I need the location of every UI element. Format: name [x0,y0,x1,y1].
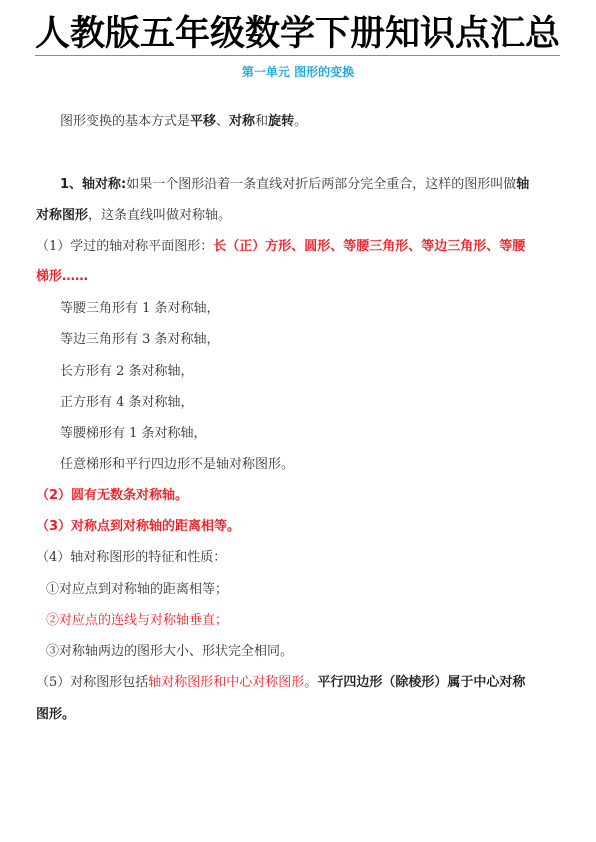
definition-line-2: 对称图形，这条直线叫做对称轴。 [36,207,566,225]
axes-count-3: 正方形有 4 条对称轴， [60,394,590,412]
definition-label: 1、轴对称 [60,177,121,192]
item5-line-1: （5）对称图形包括轴对称图形和中心对称图形。平行四边形（除棱形）属于中心对称 [36,674,566,692]
item5-line-2: 图形。 [36,706,566,724]
axes-count-4: 等腰梯形有 1 条对称轴， [60,425,590,443]
period: 。 [294,114,307,129]
definition-bold-end: 轴 [516,177,529,192]
item1-line-2: 梯形…… [36,268,566,286]
item5-prefix: （5）对称图形包括 [36,675,148,690]
unit-subtitle: 第一单元 图形的变换 [0,64,596,80]
item4-point-2: ②对应点的连线与对称轴垂直； [46,612,576,630]
item5-highlight: 轴对称图形和中心对称图形 [148,675,304,690]
axes-count-0: 等腰三角形有 1 条对称轴， [60,300,590,318]
item3: （3）对称点到对称轴的距离相等。 [36,518,566,536]
period: 。 [304,675,317,690]
item1-line-1: （1）学过的轴对称平面图形：长（正）方形、圆形、等腰三角形、等边三角形、等腰 [36,238,566,256]
definition-line-1: 1、轴对称:如果一个图形沿着一条直线对折后两部分完全重合，这样的图形叫做轴 [60,176,590,194]
axes-count-2: 长方形有 2 条对称轴， [60,363,590,381]
item4-point-1: ①对应点到对称轴的距离相等； [46,581,576,599]
item4-heading: （4）轴对称图形的特征和性质： [36,549,566,567]
term-rotation: 旋转 [268,114,294,129]
term-translation: 平移 [190,114,216,129]
item4-point-3: ③对称轴两边的图形大小、形状完全相同。 [46,643,576,661]
intro-paragraph: 图形变换的基本方式是平移、对称和旋转。 [60,113,590,131]
item1-shapes: 长（正）方形、圆形、等腰三角形、等边三角形、等腰 [213,239,525,254]
sep: 和 [255,114,268,129]
axes-count-1: 等边三角形有 3 条对称轴， [60,331,590,349]
term-axis-symmetric-figure: 对称图形 [36,208,88,223]
item2: （2）圆有无数条对称轴。 [36,487,566,505]
definition-text-2: ，这条直线叫做对称轴。 [88,208,231,223]
sep: 、 [216,114,229,129]
item5-bold: 平行四边形（除棱形）属于中心对称 [317,675,525,690]
axes-count-5: 任意梯形和平行四边形不是轴对称图形。 [60,456,590,474]
document-title: 人教版五年级数学下册知识点汇总 [35,14,560,54]
term-symmetry: 对称 [229,114,255,129]
item1-prefix: （1）学过的轴对称平面图形： [36,239,213,254]
definition-text: 如果一个图形沿着一条直线对折后两部分完全重合，这样的图形叫做 [126,177,516,192]
title-underline [35,55,560,56]
intro-text: 图形变换的基本方式是 [60,114,190,129]
